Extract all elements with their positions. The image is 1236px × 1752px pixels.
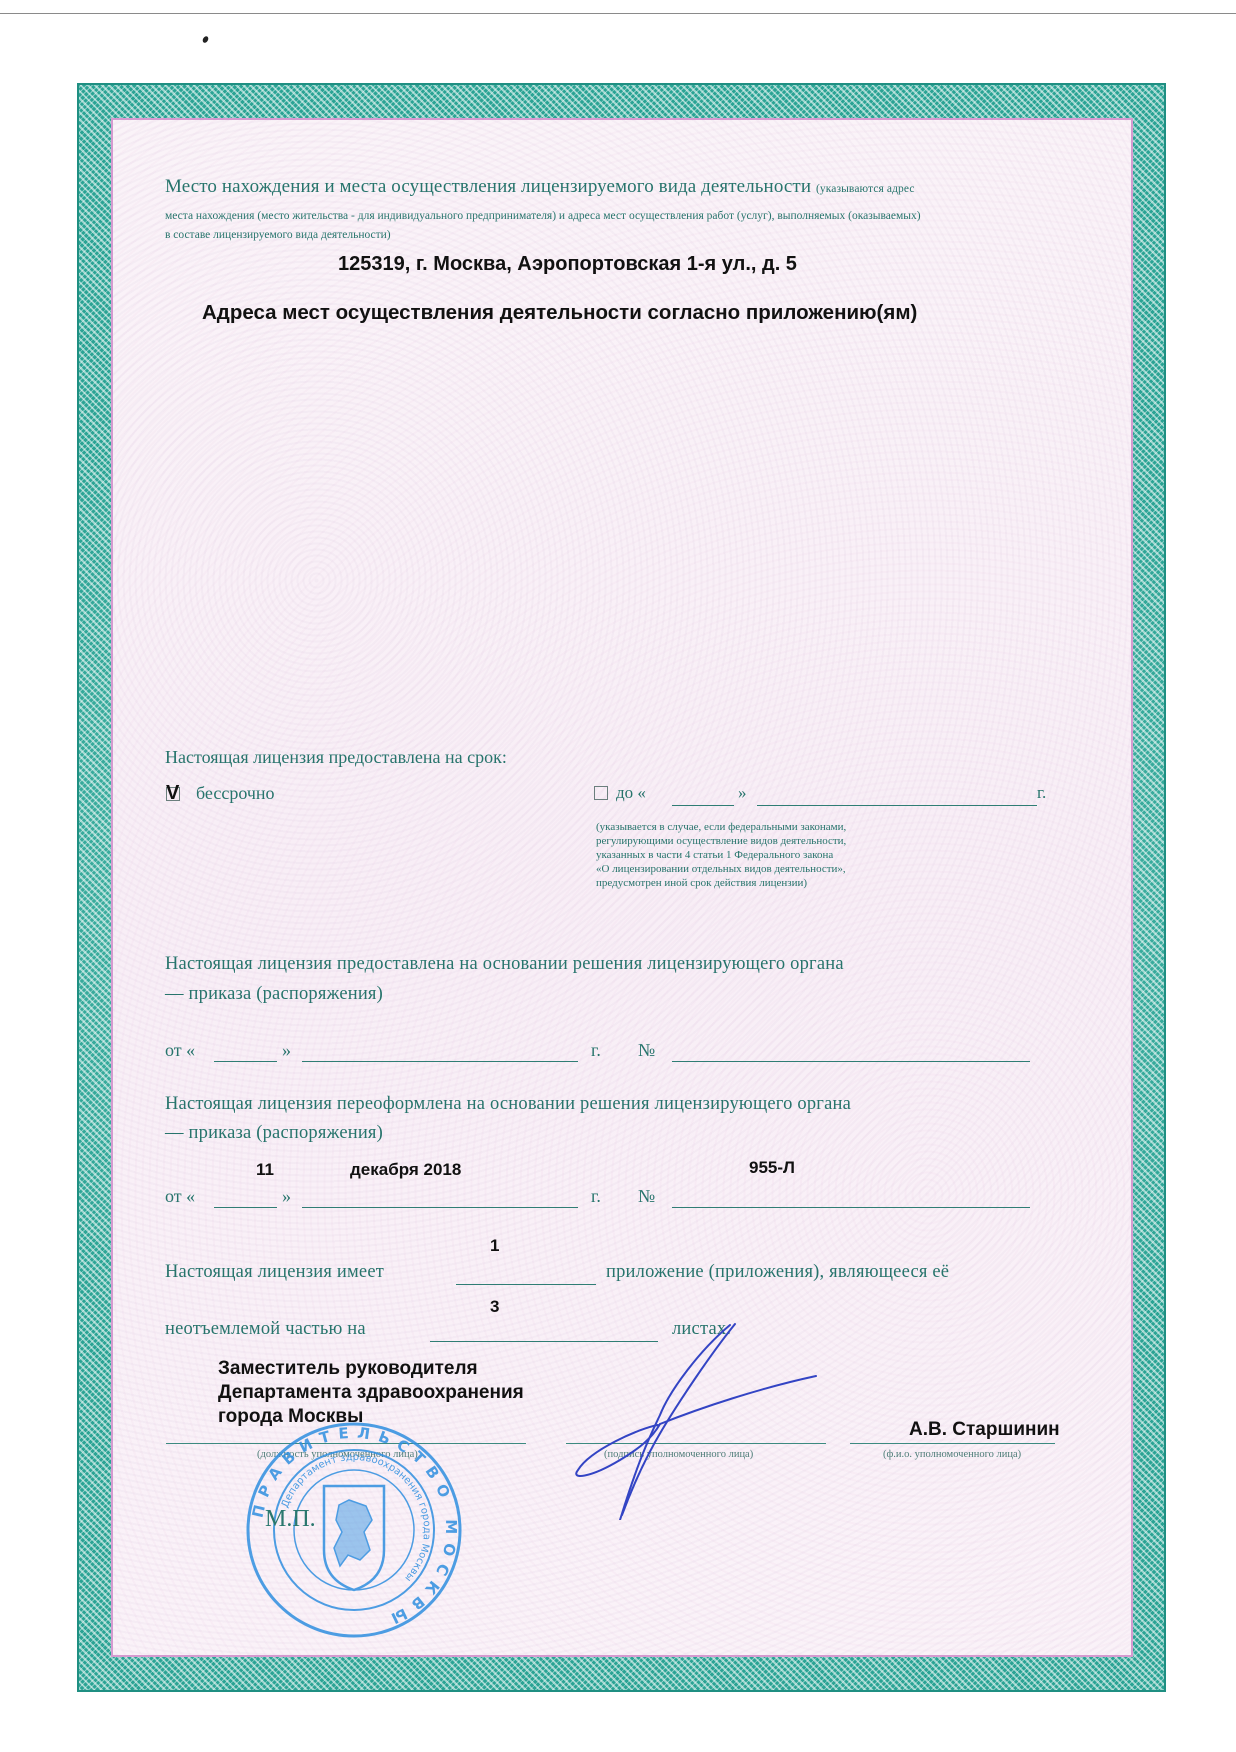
- reissued-line2: — приказа (распоряжения): [165, 1123, 383, 1144]
- granted-from-label: от «: [165, 1040, 195, 1061]
- granted-date-blank: [302, 1061, 578, 1062]
- reissued-day-blank: [214, 1207, 277, 1208]
- checkmark-icon: V: [166, 782, 179, 805]
- until-day-blank: [672, 805, 734, 806]
- location-note-inline: (указываются адрес: [816, 183, 915, 195]
- until-close-quote: »: [738, 783, 747, 803]
- reissued-date-blank: [302, 1207, 578, 1208]
- location-note-line2: места нахождения (место жительства - для…: [165, 210, 921, 222]
- location-heading-text: Место нахождения и места осуществления л…: [165, 176, 811, 197]
- scan-edge-line: [0, 13, 1236, 14]
- until-date-blank: [757, 805, 1037, 806]
- handwritten-signature: [560, 1320, 880, 1520]
- appendix-count-blank: [456, 1284, 596, 1285]
- reissued-number: 955-Л: [749, 1158, 795, 1178]
- until-checkbox[interactable]: [594, 786, 608, 800]
- registered-address: 125319, г. Москва, Аэропортовская 1-я ул…: [338, 253, 797, 276]
- signatory-position: Заместитель руководителя Департамента зд…: [218, 1357, 538, 1429]
- granted-close-quote: »: [282, 1040, 291, 1061]
- seal-place-label: М.П.: [265, 1506, 316, 1533]
- term-title: Настоящая лицензия предоставлена на срок…: [165, 747, 507, 768]
- term-note-2: регулирующими осуществление видов деятел…: [596, 834, 846, 848]
- name-line: [850, 1443, 1055, 1444]
- reissued-number-blank: [672, 1207, 1030, 1208]
- scan-speck: [202, 35, 210, 44]
- granted-line2: — приказа (распоряжения): [165, 984, 383, 1005]
- appendix-count: 1: [490, 1236, 499, 1256]
- term-note-3: указанных в части 4 статьи 1 Федеральног…: [596, 848, 833, 862]
- reissued-from-label: от «: [165, 1186, 195, 1207]
- term-note-4: «О лицензировании отдельных видов деятел…: [596, 862, 846, 876]
- reissued-number-label: №: [638, 1186, 655, 1207]
- reissued-close-quote: »: [282, 1186, 291, 1207]
- sheets-count: 3: [490, 1297, 499, 1317]
- term-note-5: предусмотрен иной срок действия лицензии…: [596, 876, 807, 890]
- granted-year-label: г.: [591, 1040, 601, 1061]
- location-note-line3: в составе лицензируемого вида деятельнос…: [165, 229, 391, 241]
- reissued-line1: Настоящая лицензия переоформлена на осно…: [165, 1094, 851, 1115]
- signatory-name: А.В. Старшинин: [909, 1419, 1060, 1441]
- reissued-year-label: г.: [591, 1186, 601, 1207]
- granted-number-label: №: [638, 1040, 655, 1061]
- appendix-has-label: Настоящая лицензия имеет: [165, 1262, 384, 1283]
- activity-addresses-note: Адреса мест осуществления деятельности с…: [202, 301, 917, 325]
- until-label: до «: [616, 783, 646, 803]
- granted-line1: Настоящая лицензия предоставлена на осно…: [165, 954, 844, 975]
- appendix-text: приложение (приложения), являющееся её: [606, 1262, 949, 1283]
- location-heading: Место нахождения и места осуществления л…: [165, 176, 915, 198]
- unlimited-checkbox[interactable]: V: [166, 787, 180, 801]
- granted-day-blank: [214, 1061, 277, 1062]
- name-caption: (ф.и.о. уполномоченного лица): [883, 1449, 1021, 1460]
- sheets-prefix: неотъемлемой частью на: [165, 1319, 366, 1340]
- term-note-1: (указывается в случае, если федеральными…: [596, 820, 846, 834]
- reissued-month-year: декабря 2018: [350, 1160, 461, 1180]
- unlimited-label: бессрочно: [196, 783, 275, 804]
- until-year-suffix: г.: [1037, 783, 1046, 803]
- reissued-day: 11: [256, 1160, 274, 1180]
- granted-number-blank: [672, 1061, 1030, 1062]
